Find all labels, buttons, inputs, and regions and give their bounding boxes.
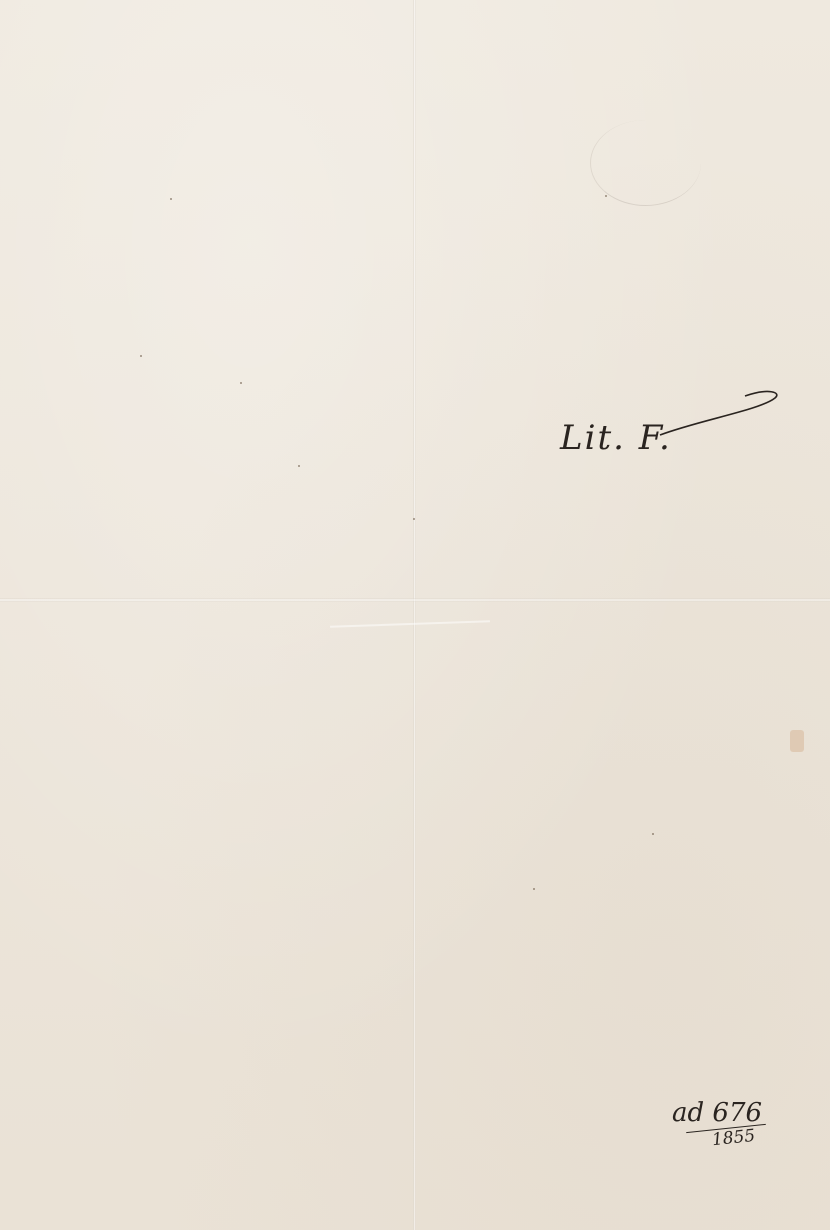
pen-flourish-icon <box>650 390 790 440</box>
paper-speck <box>605 195 607 197</box>
paper-speck <box>298 465 300 467</box>
paper-crease <box>330 620 490 628</box>
paper-speck <box>533 888 535 890</box>
handwritten-note: Lit. F. <box>560 418 672 458</box>
reference-number: ad 676 <box>672 1098 762 1128</box>
reference-year: 1855 <box>711 1126 756 1150</box>
paper-stain <box>790 730 804 752</box>
paper-speck <box>170 198 172 200</box>
paper-speck <box>240 382 242 384</box>
horizontal-fold-line <box>0 598 830 602</box>
faint-stamp-impression <box>590 120 701 206</box>
paper-sheet: Lit. F. ad 676 1855 <box>0 0 830 1230</box>
archive-reference: ad 676 1855 <box>672 1098 792 1158</box>
vertical-fold-line <box>413 0 416 1230</box>
paper-speck <box>140 355 142 357</box>
paper-speck <box>413 518 415 520</box>
paper-speck <box>652 833 654 835</box>
